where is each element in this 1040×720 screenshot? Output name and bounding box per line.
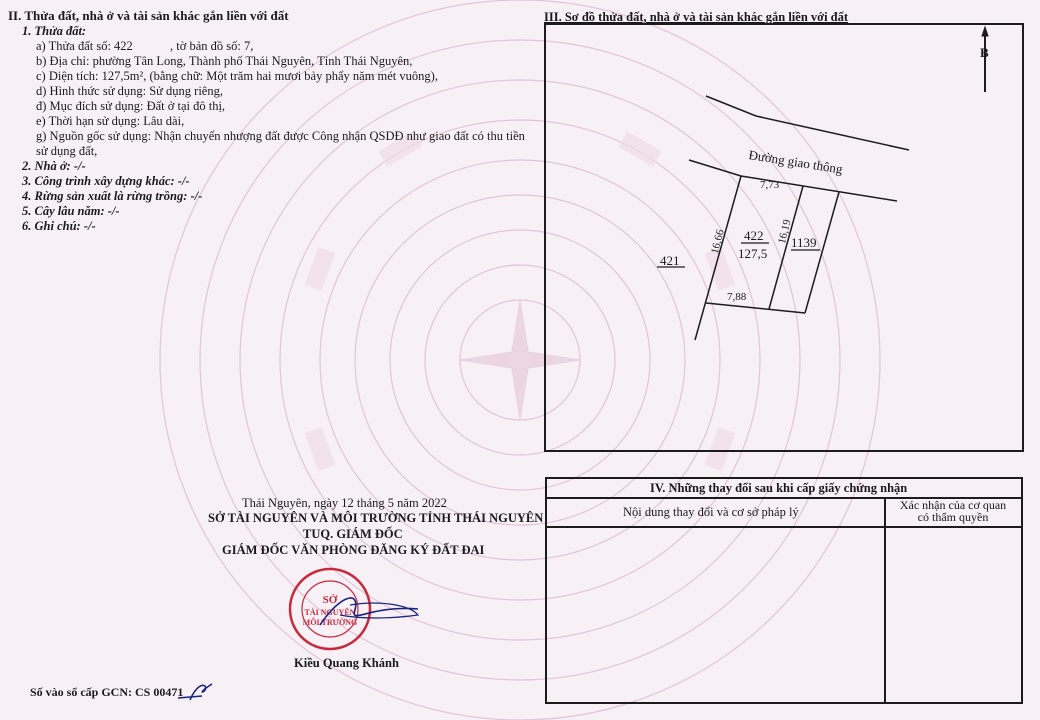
column-authority-line2: có thẩm quyền	[886, 511, 1020, 523]
section4-title: IV. Những thay đổi sau khi cấp giấy chứn…	[650, 481, 907, 496]
official-stamp: SỞ TÀI NGUYÊN MÔI TRƯỜNG	[280, 565, 420, 655]
neighbor-parcel-right: 1139	[791, 235, 817, 250]
north-label: B	[980, 45, 989, 60]
issue-date: Thái Nguyên, ngày 12 tháng 5 năm 2022	[242, 496, 447, 511]
column-change-content: Nội dung thay đổi và cơ sở pháp lý	[623, 505, 799, 520]
svg-text:SỞ: SỞ	[323, 594, 338, 606]
dimension-bottom: 7,88	[727, 290, 746, 305]
parcel-number-label: 422	[744, 228, 764, 243]
tuq-line: TUQ. GIÁM ĐỐC	[303, 527, 403, 542]
issuing-org: SỞ TÀI NGUYÊN VÀ MÔI TRƯỜNG TỈNH THÁI NG…	[208, 511, 543, 526]
gcn-register-number: Số vào sổ cấp GCN: CS 00471	[30, 685, 183, 700]
table-column-divider	[884, 497, 886, 702]
dimension-top: 7,73	[760, 178, 779, 193]
parcel-area-label: 127,5	[738, 246, 767, 261]
table-subheader-divider	[547, 526, 1021, 528]
signer-name: Kiều Quang Khánh	[294, 656, 399, 671]
svg-text:MÔI TRƯỜNG: MÔI TRƯỜNG	[303, 617, 357, 627]
initial-mark	[176, 680, 216, 704]
signer-role: GIÁM ĐỐC VĂN PHÒNG ĐĂNG KÝ ĐẤT ĐAI	[222, 543, 484, 558]
neighbor-parcel-left: 421	[660, 253, 680, 268]
